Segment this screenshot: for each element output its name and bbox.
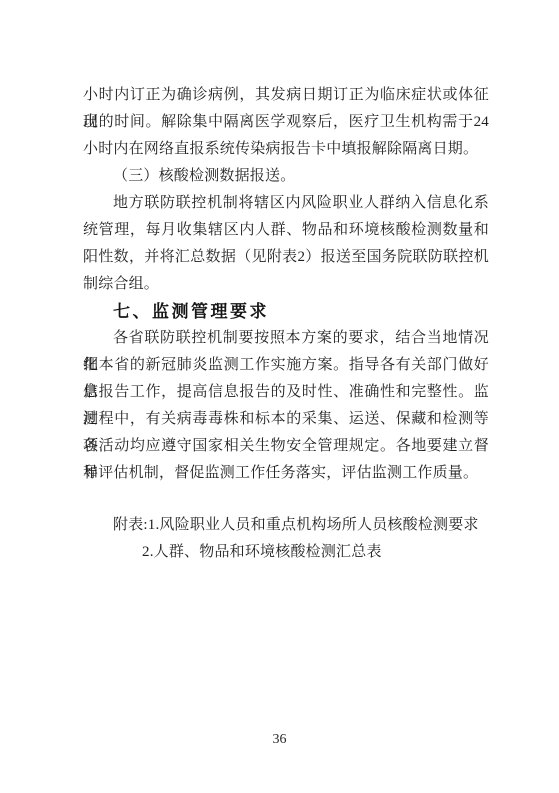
body-line: 各省联防联控机制要按照本方案的要求，结合当地情况细 (83, 325, 489, 352)
section-heading: 七、监测管理要求 (83, 298, 489, 325)
body-line: 阳性数，并将汇总数据（见附表2）报送至国务院联防联控机 (83, 244, 489, 271)
document-page: 小时内订正为确诊病例，其发病日期订正为临床症状或体征出 现的时间。解除集中隔离医… (0, 0, 559, 793)
body-line: 小时内订正为确诊病例，其发病日期订正为临床症状或体征出 (83, 82, 489, 109)
appendix-line-1: 附表:1.风险职业人员和重点机构场所人员核酸检测要求 (83, 512, 489, 539)
body-line: 地方联防联控机制将辖区内风险职业人群纳入信息化系 (83, 190, 489, 217)
appendix-line-2: 2.人群、物品和环境核酸检测汇总表 (83, 539, 489, 566)
subsection-heading: （三）核酸检测数据报送。 (83, 163, 489, 190)
document-body: 小时内订正为确诊病例，其发病日期订正为临床症状或体征出 现的时间。解除集中隔离医… (83, 82, 489, 566)
body-line: 统管理，每月收集辖区内人群、物品和环境核酸检测数量和 (83, 217, 489, 244)
body-line: 息报告工作，提高信息报告的及时性、准确性和完整性。监测 (83, 379, 489, 406)
body-line: 过程中，有关病毒毒株和标本的采集、运送、保藏和检测等各 (83, 406, 489, 433)
page-number: 36 (0, 730, 559, 750)
body-line: 化本省的新冠肺炎监测工作实施方案。指导各有关部门做好信 (83, 352, 489, 379)
body-line: 和评估机制，督促监测工作任务落实，评估监测工作质量。 (83, 460, 489, 487)
body-line: 现的时间。解除集中隔离医学观察后，医疗卫生机构需于24 (83, 109, 489, 136)
body-line: 项活动均应遵守国家相关生物安全管理规定。各地要建立督导 (83, 433, 489, 460)
blank-line (83, 487, 489, 512)
body-line: 小时内在网络直报系统传染病报告卡中填报解除隔离日期。 (83, 136, 489, 163)
body-line: 制综合组。 (83, 271, 489, 298)
